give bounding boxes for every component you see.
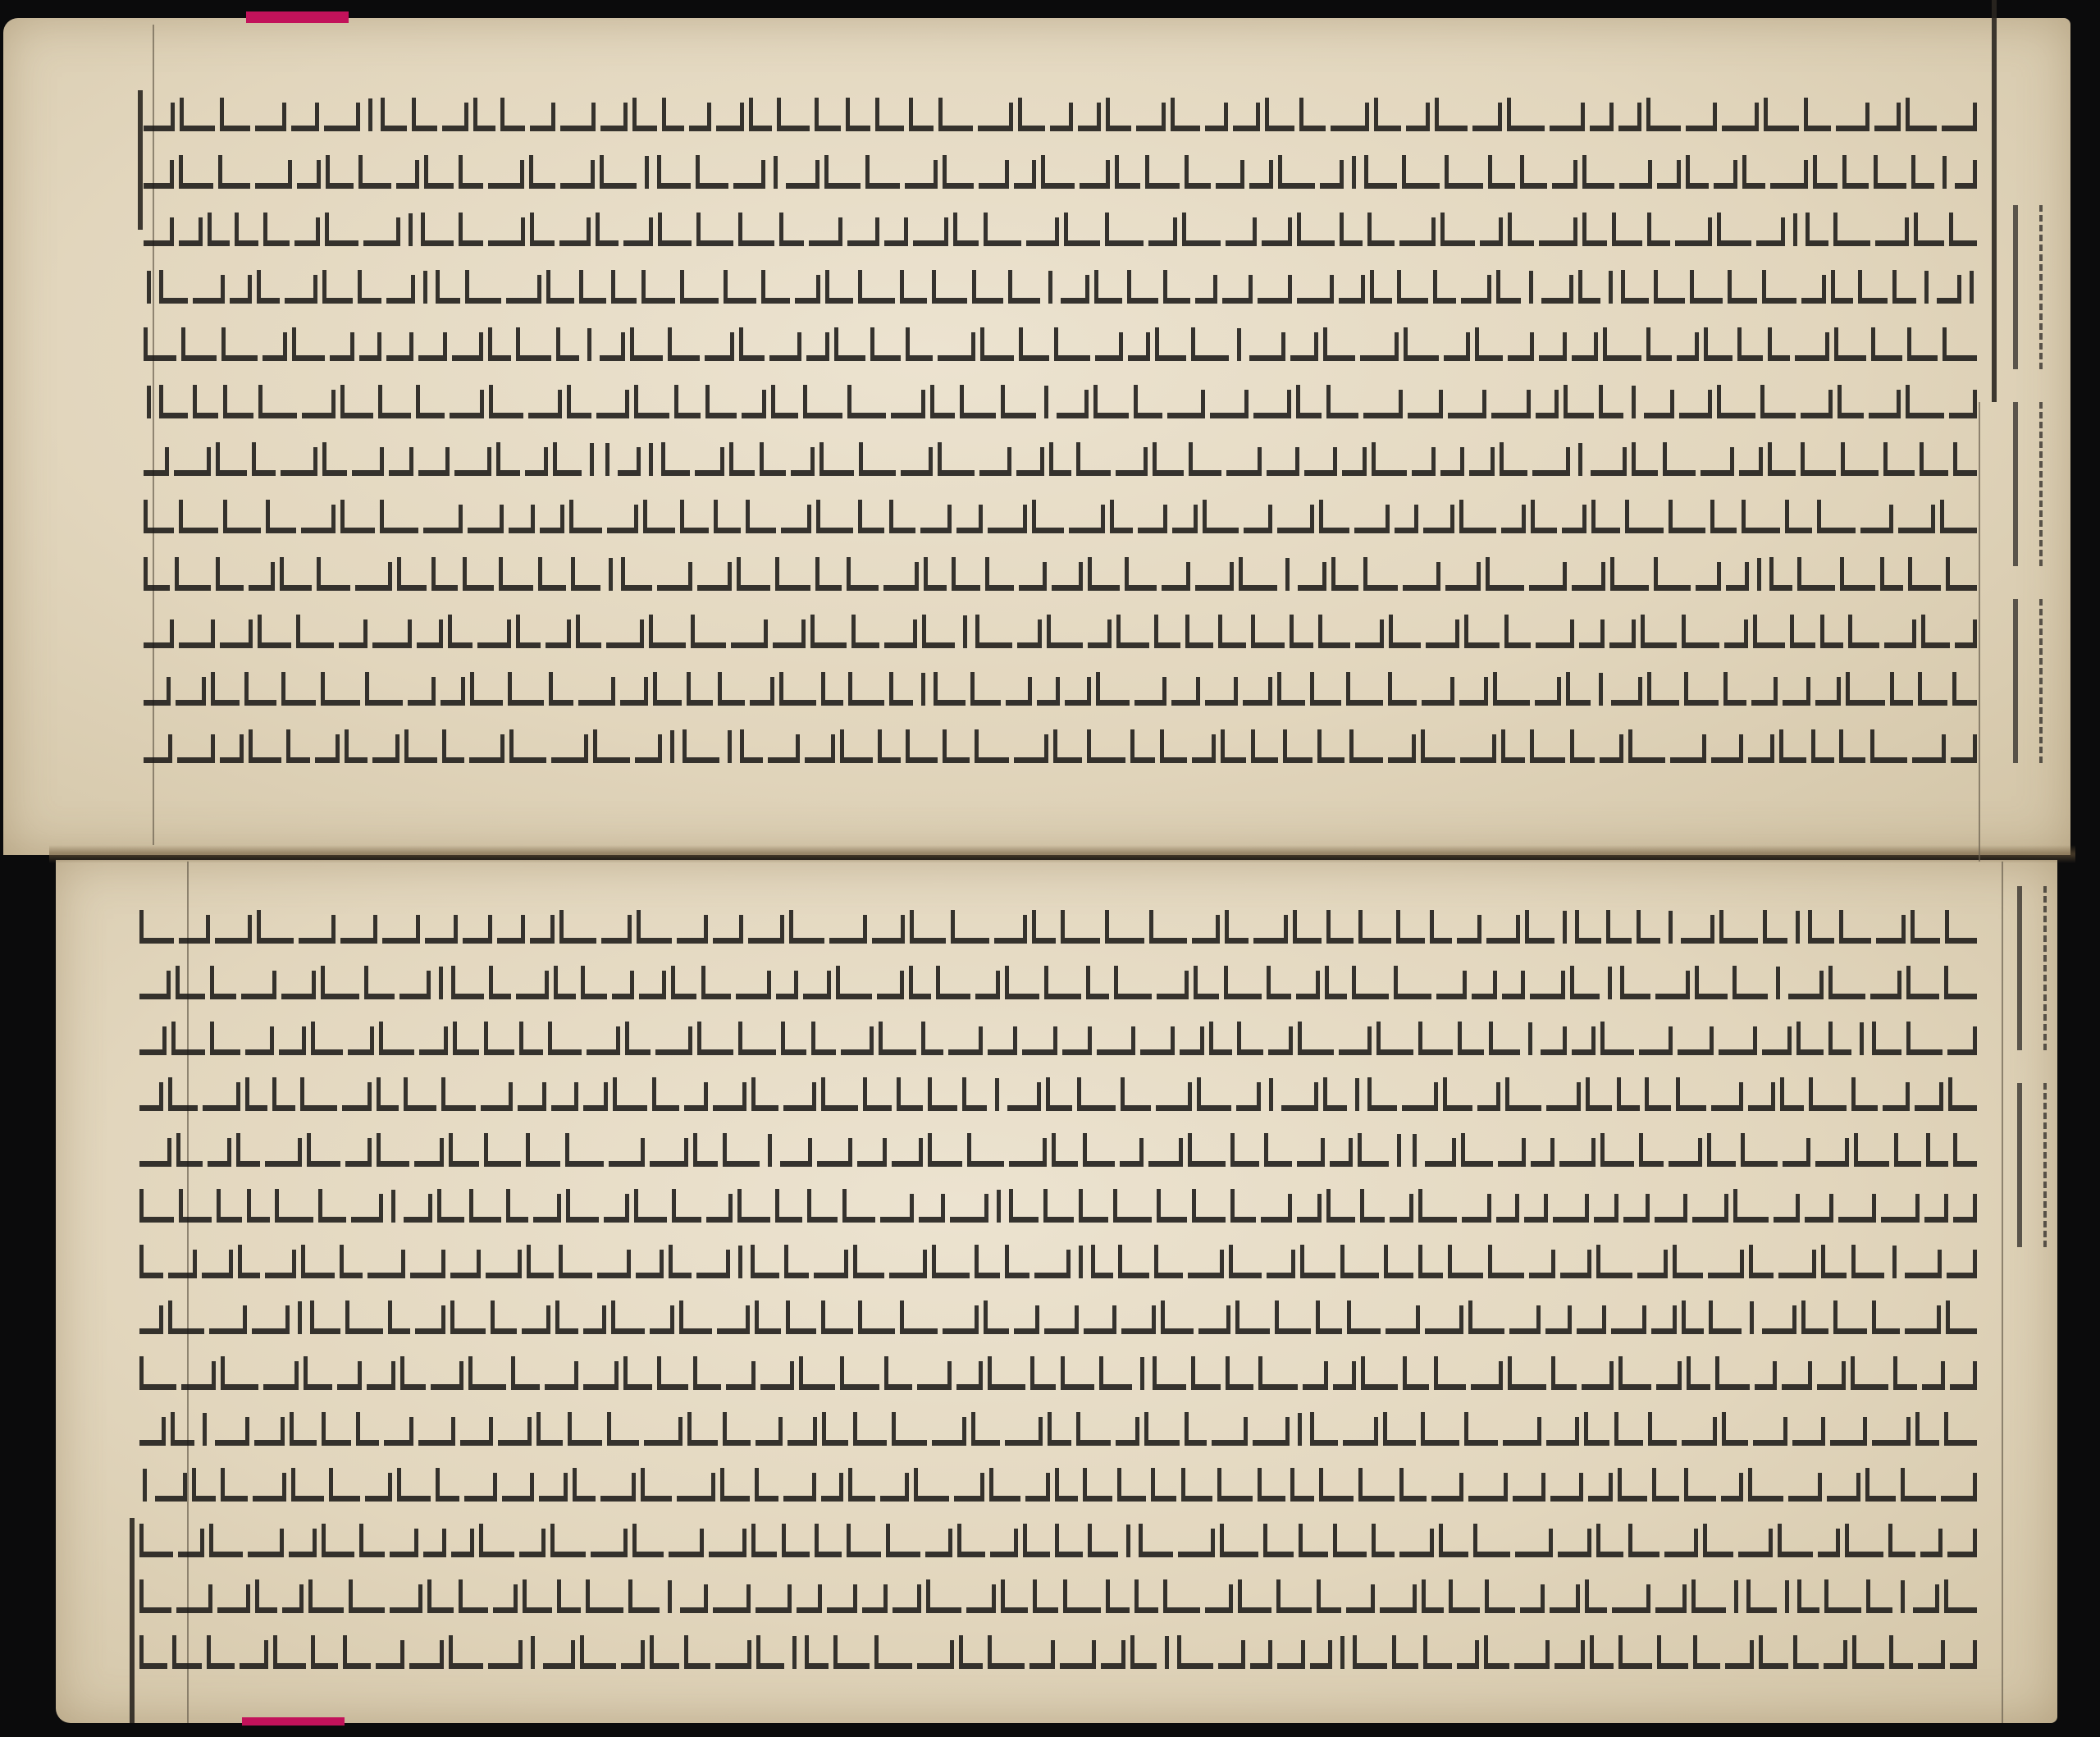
script-glyph: [1001, 385, 1036, 418]
script-glyph: [1099, 1356, 1133, 1390]
script-glyph: [650, 1635, 679, 1669]
script-glyph: [290, 1412, 317, 1446]
script-glyph: [549, 672, 573, 706]
script-glyph: [576, 615, 601, 648]
script-glyph: [1788, 971, 1824, 999]
script-glyph: [1032, 910, 1056, 944]
script-glyph: [1801, 390, 1833, 418]
script-glyph: [1536, 619, 1574, 648]
script-glyph: [1686, 155, 1709, 189]
script-glyph: [1459, 500, 1496, 533]
script-glyph: [518, 1082, 547, 1111]
script-glyph: [761, 270, 791, 304]
script-glyph: [791, 447, 815, 476]
script-glyph: [1875, 217, 1909, 246]
script-glyph: [641, 1468, 673, 1502]
script-glyph: [376, 1640, 404, 1669]
script-glyph: [1639, 1026, 1673, 1055]
script-glyph: [155, 1473, 187, 1502]
script-glyph: [1663, 442, 1696, 476]
script-glyph: [632, 98, 656, 131]
manuscript-line: [144, 615, 1977, 648]
manuscript-line: [144, 558, 1977, 591]
script-glyph: [1673, 1245, 1702, 1278]
script-glyph: [697, 562, 732, 591]
script-glyph: [623, 217, 653, 246]
script-glyph: [265, 1138, 302, 1167]
script-glyph: [1237, 1022, 1263, 1055]
script-glyph: [1126, 1524, 1130, 1557]
text-block-bottom: [139, 911, 1977, 1698]
script-glyph: [1647, 672, 1679, 706]
manuscript-line: [139, 1580, 1977, 1613]
script-glyph: [1361, 1356, 1398, 1390]
script-glyph: [886, 1524, 920, 1557]
script-glyph: [1778, 1524, 1813, 1557]
script-glyph: [1883, 1082, 1910, 1111]
script-glyph: [966, 1584, 996, 1613]
script-glyph: [1691, 1579, 1726, 1613]
margin-note-bottom: vertical marginal annotation (right side…: [2006, 886, 2043, 1378]
script-glyph: [1468, 1473, 1507, 1502]
script-glyph: [733, 160, 765, 189]
script-glyph: [1041, 155, 1075, 189]
script-glyph: [1830, 1417, 1867, 1446]
script-glyph: [1884, 619, 1917, 648]
script-glyph: [144, 217, 174, 246]
script-glyph: [583, 1361, 619, 1390]
script-glyph: [1046, 1077, 1071, 1111]
script-glyph: [498, 1417, 532, 1446]
script-glyph: [1505, 1077, 1541, 1111]
script-glyph: [1801, 442, 1836, 476]
script-glyph: [1915, 1412, 1939, 1446]
script-glyph: [1805, 1194, 1833, 1223]
script-glyph: [713, 1584, 751, 1613]
script-glyph: [1756, 217, 1785, 246]
script-glyph: [1687, 1356, 1710, 1390]
script-glyph: [1249, 332, 1285, 361]
left-margin-mark-top: [138, 90, 143, 230]
script-glyph: [1055, 1468, 1077, 1502]
script-glyph: [1811, 729, 1833, 763]
script-glyph: [858, 500, 884, 533]
script-glyph: [1620, 966, 1650, 999]
script-glyph: [1406, 103, 1430, 131]
script-glyph: [439, 967, 443, 999]
script-glyph: [851, 615, 879, 648]
script-glyph: [266, 500, 296, 533]
script-glyph: [715, 1640, 751, 1669]
script-glyph: [571, 557, 601, 591]
script-glyph: [1205, 677, 1238, 706]
script-glyph: [377, 1077, 399, 1111]
script-glyph: [1722, 103, 1759, 131]
script-glyph: [1889, 1635, 1913, 1669]
script-glyph: [889, 1250, 928, 1278]
script-glyph: [1224, 966, 1262, 999]
script-glyph: [1116, 1417, 1139, 1446]
script-glyph: [889, 672, 913, 706]
script-glyph: [1872, 1022, 1901, 1055]
script-glyph: [1421, 729, 1455, 763]
script-glyph: [174, 447, 211, 476]
manuscript-line: [144, 386, 1977, 418]
script-glyph: [220, 619, 253, 648]
script-glyph: [567, 385, 591, 418]
script-glyph: [565, 1133, 604, 1167]
script-glyph: [779, 672, 816, 706]
script-glyph: [914, 1468, 950, 1502]
script-glyph: [780, 1138, 812, 1167]
script-glyph: [418, 332, 447, 361]
script-glyph: [979, 447, 1011, 476]
script-glyph: [171, 1022, 205, 1055]
script-glyph: [1077, 1077, 1116, 1111]
script-glyph: [497, 915, 526, 944]
script-glyph: [1970, 271, 1974, 304]
script-glyph: [870, 327, 901, 361]
script-glyph: [1669, 1138, 1702, 1167]
script-glyph: [921, 1022, 943, 1055]
script-glyph: [215, 1417, 249, 1446]
script-glyph: [1367, 213, 1395, 246]
script-glyph: [1488, 155, 1514, 189]
script-glyph: [1717, 213, 1752, 246]
script-glyph: [840, 1356, 879, 1390]
script-glyph: [249, 562, 275, 591]
script-glyph: [1310, 1412, 1338, 1446]
script-glyph: [1793, 1635, 1819, 1669]
script-glyph: [1742, 155, 1764, 189]
script-glyph: [473, 98, 495, 131]
script-glyph: [862, 1584, 888, 1613]
script-glyph: [144, 160, 174, 189]
script-glyph: [1912, 734, 1945, 763]
script-glyph: [1399, 1468, 1427, 1502]
script-glyph: [451, 966, 484, 999]
script-glyph: [720, 1468, 750, 1502]
script-glyph: [1233, 103, 1261, 131]
script-glyph: [1290, 615, 1313, 648]
script-glyph: [1188, 1133, 1226, 1167]
script-glyph: [1719, 1026, 1757, 1055]
script-glyph: [527, 1245, 553, 1278]
script-glyph: [1655, 1194, 1687, 1223]
script-glyph: [147, 271, 151, 304]
right-margin-rule-top: [1992, 0, 1997, 402]
script-glyph: [821, 672, 843, 706]
script-glyph: [1905, 1250, 1942, 1278]
script-glyph: [1918, 672, 1947, 706]
script-glyph: [1709, 1300, 1742, 1334]
script-glyph: [221, 1468, 248, 1502]
script-glyph: [953, 213, 979, 246]
script-glyph: [560, 160, 596, 189]
script-glyph: [1695, 966, 1728, 999]
script-glyph: [425, 915, 458, 944]
script-glyph: [1069, 505, 1105, 533]
script-glyph: [489, 385, 523, 418]
script-glyph: [833, 1635, 870, 1669]
script-glyph: [1374, 98, 1402, 131]
script-glyph: [1582, 155, 1614, 189]
script-glyph: [322, 442, 348, 476]
script-glyph: [1418, 1189, 1456, 1223]
script-glyph: [550, 1524, 587, 1557]
script-glyph: [1155, 327, 1185, 361]
script-glyph: [1358, 1468, 1395, 1502]
script-glyph: [924, 557, 947, 591]
script-glyph: [1403, 562, 1440, 591]
script-glyph: [1148, 217, 1177, 246]
script-glyph: [1121, 1077, 1151, 1111]
script-glyph: [441, 1077, 476, 1111]
script-glyph: [1157, 1189, 1187, 1223]
script-glyph: [639, 971, 666, 999]
script-glyph: [679, 1300, 713, 1334]
script-glyph: [1508, 1356, 1546, 1390]
script-glyph: [506, 275, 541, 304]
script-glyph: [523, 1579, 552, 1613]
script-glyph: [1258, 1468, 1285, 1502]
script-glyph: [1913, 1584, 1940, 1613]
script-glyph: [988, 1356, 1025, 1390]
script-glyph: [449, 1133, 479, 1167]
script-glyph: [1707, 1133, 1735, 1167]
script-glyph: [216, 442, 246, 476]
script-glyph: [1942, 327, 1977, 361]
script-glyph: [377, 1133, 409, 1167]
script-glyph: [906, 729, 938, 763]
script-glyph: [1508, 332, 1533, 361]
script-glyph: [1509, 1305, 1541, 1334]
script-glyph: [693, 1356, 721, 1390]
script-glyph: [1894, 1133, 1920, 1167]
script-glyph: [522, 1305, 550, 1334]
script-glyph: [1216, 160, 1245, 189]
script-glyph: [459, 213, 484, 246]
script-glyph: [1678, 1026, 1714, 1055]
script-glyph: [709, 1529, 746, 1557]
script-glyph: [1851, 1356, 1888, 1390]
script-glyph: [526, 1133, 561, 1167]
script-glyph: [418, 1417, 455, 1446]
script-glyph: [442, 103, 469, 131]
script-glyph: [1326, 1189, 1355, 1223]
script-glyph: [1210, 390, 1249, 418]
script-glyph: [139, 971, 171, 999]
script-glyph: [1596, 1245, 1632, 1278]
script-glyph: [147, 386, 151, 418]
script-glyph: [1153, 1356, 1186, 1390]
script-glyph: [1005, 1417, 1043, 1446]
script-glyph: [848, 1468, 875, 1502]
script-glyph: [1701, 447, 1735, 476]
script-glyph: [262, 332, 288, 361]
script-glyph: [1609, 271, 1613, 304]
script-glyph: [738, 213, 774, 246]
script-glyph: [1440, 213, 1475, 246]
script-glyph: [928, 1133, 962, 1167]
script-glyph: [786, 160, 819, 189]
script-glyph: [340, 500, 375, 533]
script-glyph: [321, 672, 359, 706]
script-glyph: [1726, 562, 1749, 591]
script-glyph: [1388, 734, 1416, 763]
script-glyph: [1134, 677, 1166, 706]
script-glyph: [1372, 1524, 1395, 1557]
script-glyph: [1566, 672, 1591, 706]
script-glyph: [1037, 677, 1060, 706]
script-glyph: [1818, 1529, 1840, 1557]
script-glyph: [1061, 910, 1100, 944]
script-glyph: [1061, 1356, 1094, 1390]
script-glyph: [454, 447, 491, 476]
script-glyph: [1618, 103, 1641, 131]
script-glyph: [1947, 1250, 1976, 1278]
script-glyph: [1585, 1579, 1608, 1613]
script-glyph: [1300, 1245, 1335, 1278]
script-glyph: [1920, 1529, 1942, 1557]
script-glyph: [1426, 619, 1459, 648]
script-glyph: [257, 270, 280, 304]
script-glyph: [460, 1417, 493, 1446]
script-glyph: [1570, 966, 1599, 999]
script-glyph: [1738, 1529, 1773, 1557]
script-glyph: [1817, 1361, 1845, 1390]
script-glyph: [560, 103, 596, 131]
script-glyph: [417, 619, 444, 648]
script-glyph: [1790, 615, 1816, 648]
script-glyph: [210, 1022, 240, 1055]
script-glyph: [1693, 1635, 1721, 1669]
script-glyph: [1192, 734, 1216, 763]
script-glyph: [215, 915, 251, 944]
script-glyph: [1828, 1022, 1851, 1055]
script-glyph: [938, 98, 973, 131]
script-glyph: [379, 1022, 414, 1055]
script-glyph: [917, 1640, 954, 1669]
script-glyph: [1342, 447, 1367, 476]
script-glyph: [1464, 615, 1500, 648]
script-glyph: [343, 1635, 371, 1669]
script-glyph: [1657, 1635, 1688, 1669]
script-glyph: [384, 1417, 413, 1446]
manuscript-line: [139, 1022, 1977, 1055]
script-glyph: [496, 442, 520, 476]
script-glyph: [1524, 1194, 1548, 1223]
script-glyph: [1563, 911, 1567, 944]
script-glyph: [900, 1300, 938, 1334]
script-glyph: [240, 1640, 267, 1669]
script-glyph: [649, 443, 653, 476]
script-glyph: [1333, 1524, 1366, 1557]
script-glyph: [1883, 442, 1914, 476]
script-glyph: [1801, 275, 1826, 304]
script-glyph: [1022, 1026, 1057, 1055]
script-glyph: [775, 1189, 802, 1223]
script-glyph: [1458, 1022, 1484, 1055]
script-glyph: [755, 1468, 778, 1502]
script-glyph: [821, 1077, 857, 1111]
script-glyph: [635, 734, 661, 763]
script-glyph: [858, 1300, 894, 1334]
script-glyph: [938, 442, 975, 476]
script-glyph: [236, 1133, 260, 1167]
script-glyph: [1009, 1138, 1047, 1167]
script-glyph: [176, 1584, 213, 1613]
script-glyph: [672, 1189, 701, 1223]
script-glyph: [596, 213, 619, 246]
script-glyph: [1501, 729, 1525, 763]
script-glyph: [680, 500, 710, 533]
script-glyph: [874, 1635, 912, 1669]
script-glyph: [975, 971, 1000, 999]
script-glyph: [1319, 500, 1349, 533]
script-glyph: [1461, 275, 1491, 304]
script-glyph: [1177, 1635, 1214, 1669]
script-glyph: [311, 1022, 343, 1055]
script-glyph: [841, 1026, 874, 1055]
script-glyph: [1383, 1412, 1416, 1446]
script-glyph: [657, 155, 692, 189]
script-glyph: [1181, 1468, 1213, 1502]
script-glyph: [1645, 1077, 1671, 1111]
script-glyph: [1757, 558, 1761, 591]
script-glyph: [749, 98, 773, 131]
script-glyph: [1449, 1579, 1481, 1613]
script-glyph: [623, 1356, 651, 1390]
script-glyph: [1717, 385, 1755, 418]
script-glyph: [301, 1245, 335, 1278]
script-glyph: [750, 677, 774, 706]
script-glyph: [1139, 1524, 1173, 1557]
script-glyph: [367, 1361, 395, 1390]
script-glyph: [1439, 1524, 1468, 1557]
script-glyph: [1044, 386, 1048, 418]
script-glyph: [1609, 619, 1637, 648]
script-glyph: [1472, 103, 1502, 131]
script-glyph: [1421, 1412, 1460, 1446]
script-glyph: [1550, 1473, 1583, 1502]
script-glyph: [1734, 1580, 1738, 1613]
script-glyph: [1682, 615, 1719, 648]
script-glyph: [1600, 1133, 1634, 1167]
manuscript-line: [144, 443, 1977, 476]
script-glyph: [596, 390, 629, 418]
script-glyph: [1333, 1361, 1356, 1390]
script-glyph: [971, 1412, 1000, 1446]
script-glyph: [1815, 1138, 1849, 1167]
script-glyph: [139, 1417, 166, 1446]
script-glyph: [959, 1635, 983, 1669]
script-glyph: [1657, 160, 1682, 189]
script-glyph: [448, 615, 472, 648]
script-glyph: [410, 1250, 445, 1278]
script-glyph: [634, 1189, 667, 1223]
script-glyph: [1762, 1305, 1796, 1334]
script-glyph: [600, 103, 628, 131]
script-glyph: [774, 156, 778, 189]
script-glyph: [265, 1250, 296, 1278]
script-glyph: [1296, 385, 1322, 418]
script-glyph: [176, 1133, 203, 1167]
script-glyph: [658, 213, 692, 246]
script-glyph: [281, 672, 316, 706]
script-glyph: [1285, 558, 1290, 591]
script-glyph: [381, 98, 408, 131]
